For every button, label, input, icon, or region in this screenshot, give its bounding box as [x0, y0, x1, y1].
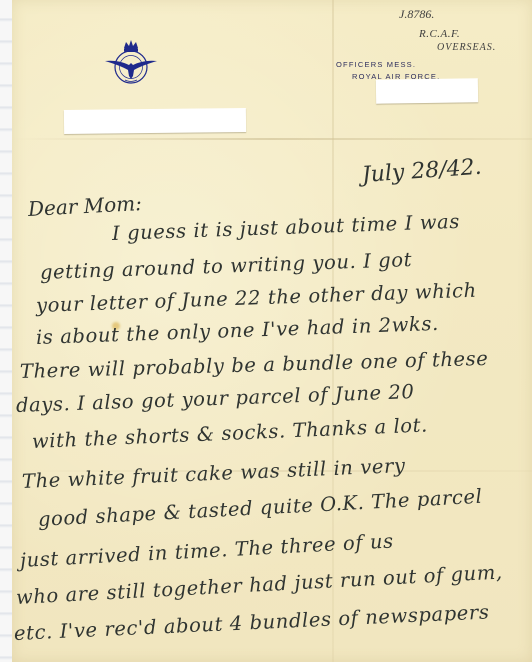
- scan-background-edge: [0, 0, 12, 662]
- letterhead-officers-mess: OFFICERS MESS.: [336, 60, 416, 69]
- raf-crest-icon: [103, 34, 159, 90]
- fold-crease-horizontal: [12, 138, 532, 140]
- redacted-address-right: [376, 78, 478, 103]
- pencil-serial-number: J.8786.: [399, 7, 434, 22]
- pencil-unit: R.C.A.F.: [419, 28, 460, 40]
- scanned-letter: OFFICERS MESS. ROYAL AIR FORCE. J.8786. …: [0, 0, 532, 662]
- pencil-location: OVERSEAS.: [437, 42, 496, 53]
- redacted-address-left: [64, 108, 246, 134]
